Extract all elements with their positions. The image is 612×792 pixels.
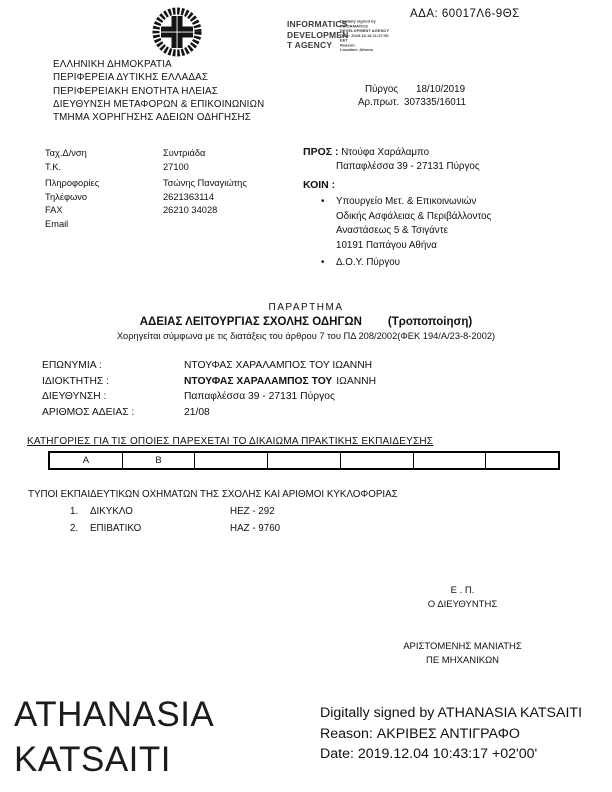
contact-block: Ταχ.Δ/νσηΣυντριάδα Τ.Κ.27100 Πληροφορίες… (45, 147, 247, 231)
category-cell (485, 453, 558, 468)
recipient-to-line: ΠΡΟΣ : Ντούφα Χαράλαμπο (303, 146, 491, 158)
signature-name: ΑΡΙΣΤΟΜΕΝΗΣ ΜΑΝΙΑΤΗΣ (370, 640, 555, 654)
cc-list: Υπουργείο Μετ. & Επικοινωνιών Οδικής Ασφ… (303, 195, 491, 271)
informatics-agency-stamp: INFORMATICS DEVELOPMEN T AGENCY Digitall… (287, 19, 349, 51)
category-cell: Β (122, 453, 195, 468)
category-cell (340, 453, 413, 468)
category-cell (194, 453, 267, 468)
vehicle-plate: ΗΕΖ - 292 (230, 506, 275, 517)
signature-title: ΠΕ ΜΗΧΑΝΙΚΩΝ (370, 654, 555, 668)
category-cell: Α (50, 453, 122, 468)
org-line: ΠΕΡΙΦΕΡΕΙΑ ΔΥΤΙΚΗΣ ΕΛΛΑΔΑΣ (53, 71, 264, 84)
vehicle-row: 1.ΔΙΚΥΚΛΟΗΕΖ - 292 (70, 504, 280, 521)
category-cell (413, 453, 486, 468)
categories-table: Α Β (48, 451, 560, 470)
contact-row: Τηλέφωνο2621363114 (45, 191, 247, 205)
digital-signer-name: ATHANASIA KATSAITI (14, 692, 214, 782)
recipient-name: Ντούφα Χαράλαμπο (341, 147, 429, 158)
org-header: ΕΛΛΗΝΙΚΗ ΔΗΜΟΚΡΑΤΙΑ ΠΕΡΙΦΕΡΕΙΑ ΔΥΤΙΚΗΣ Ε… (53, 58, 264, 124)
greek-coat-of-arms-icon (150, 5, 204, 60)
field-row: ΙΔΙΟΚΤΗΤΗΣ :ΝΤΟΥΦΑΣ ΧΑΡΑΛΑΜΠΟΣ ΤΟΥΙΩΑΝΝΗ (42, 374, 376, 390)
vehicles-list: 1.ΔΙΚΥΚΛΟΗΕΖ - 292 2.ΕΠΙΒΑΤΙΚΟΗΑΖ - 9760 (70, 504, 280, 537)
vehicle-row: 2.ΕΠΙΒΑΤΙΚΟΗΑΖ - 9760 (70, 521, 280, 538)
contact-row: ΠληροφορίεςΤσώνης Παναγιώτης (45, 177, 247, 191)
title-main: ΑΔΕΙΑΣ ΛΕΙΤΟΥΡΓΙΑΣ ΣΧΟΛΗΣ ΟΔΗΓΩΝ(Τροποπο… (0, 316, 612, 328)
title-legal-basis: Χορηγείται σύμφωνα με τις διατάξεις του … (0, 331, 612, 341)
org-line: ΠΕΡΙΦΕΡΕΙΑΚΗ ΕΝΟΤΗΤΑ ΗΛΕΙΑΣ (53, 85, 264, 98)
stamp-signature-details: Digitally signed by INFORMATICS DEVELOPM… (340, 19, 444, 52)
license-fields: ΕΠΩΝΥΜΙΑ :ΝΤΟΥΦΑΣ ΧΑΡΑΛΑΜΠΟΣ ΤΟΥ ΙΩΑΝΝΗ … (42, 358, 376, 420)
title-modification: (Τροποποίηση) (388, 316, 472, 328)
field-row: ΕΠΩΝΥΜΙΑ :ΝΤΟΥΦΑΣ ΧΑΡΑΛΑΜΠΟΣ ΤΟΥ ΙΩΑΝΝΗ (42, 358, 376, 374)
koin-label: ΚΟΙΝ : (303, 177, 491, 193)
director-signature-block: Ε . Π. Ο ΔΙΕΥΘΥΝΤΗΣ ΑΡΙΣΤΟΜΕΝΗΣ ΜΑΝΙΑΤΗΣ… (370, 584, 555, 668)
org-line: ΤΜΗΜΑ ΧΟΡΗΓΗΣΗΣ ΑΔΕΙΩΝ ΟΔΗΓΗΣΗΣ (53, 111, 264, 124)
org-line: ΕΛΛΗΝΙΚΗ ΔΗΜΟΚΡΑΤΙΑ (53, 58, 264, 71)
digital-signature-details: Digitally signed by ATHANASIA KATSAITI R… (320, 703, 582, 765)
recipient-address: Παπαφλέσσα 39 - 27131 Πύργος (303, 158, 491, 175)
recipient-block: ΠΡΟΣ : Ντούφα Χαράλαμπο Παπαφλέσσα 39 - … (303, 146, 491, 271)
signature-ep: Ε . Π. (370, 584, 555, 598)
field-row: ΑΡΙΘΜΟΣ ΑΔΕΙΑΣ :21/08 (42, 405, 376, 421)
protocol-number: 307335/16011 (404, 97, 466, 108)
signature-role: Ο ΔΙΕΥΘΥΝΤΗΣ (370, 598, 555, 612)
category-cell (267, 453, 340, 468)
protocol-label: Αρ.πρωτ. (358, 97, 399, 108)
doc-city: Πύργος (365, 84, 398, 95)
title-annex: ΠΑΡΑΡΤΗΜΑ (0, 302, 612, 313)
doc-date: 18/10/2019 (416, 84, 465, 95)
contact-row: Τ.Κ.27100 (45, 161, 247, 175)
contact-row: Email (45, 218, 247, 232)
pros-label: ΠΡΟΣ : (303, 146, 338, 158)
document-page: ΑΔΑ: 60017Λ6-9ΘΣ INFORMATICS DEVELOPMEN … (0, 0, 612, 792)
categories-heading: ΚΑΤΗΓΟΡΙΕΣ ΓΙΑ ΤΙΣ ΟΠΟΙΕΣ ΠΑΡΕΧΕΤΑΙ ΤΟ Δ… (27, 436, 433, 447)
contact-row: FAX26210 34028 (45, 204, 247, 218)
cc-item: Υπουργείο Μετ. & Επικοινωνιών Οδικής Ασφ… (303, 195, 491, 254)
document-title: ΠΑΡΑΡΤΗΜΑ ΑΔΕΙΑΣ ΛΕΙΤΟΥΡΓΙΑΣ ΣΧΟΛΗΣ ΟΔΗΓ… (0, 302, 612, 341)
cc-item: Δ.Ο.Υ. Πύργου (303, 256, 491, 271)
field-row: ΔΙΕΥΘΥΝΣΗ :Παπαφλέσσα 39 - 27131 Πύργος (42, 389, 376, 405)
org-line: ΔΙΕΥΘΥΝΣΗ ΜΕΤΑΦΟΡΩΝ & ΕΠΙΚΟΙΝΩΝΙΩΝ (53, 98, 264, 111)
contact-row: Ταχ.Δ/νσηΣυντριάδα (45, 147, 247, 161)
vehicles-heading: ΤΥΠΟΙ ΕΚΠΑΙΔΕΥΤΙΚΩΝ ΟΧΗΜΑΤΩΝ ΤΗΣ ΣΧΟΛΗΣ … (28, 489, 398, 500)
vehicle-plate: ΗΑΖ - 9760 (230, 523, 280, 534)
